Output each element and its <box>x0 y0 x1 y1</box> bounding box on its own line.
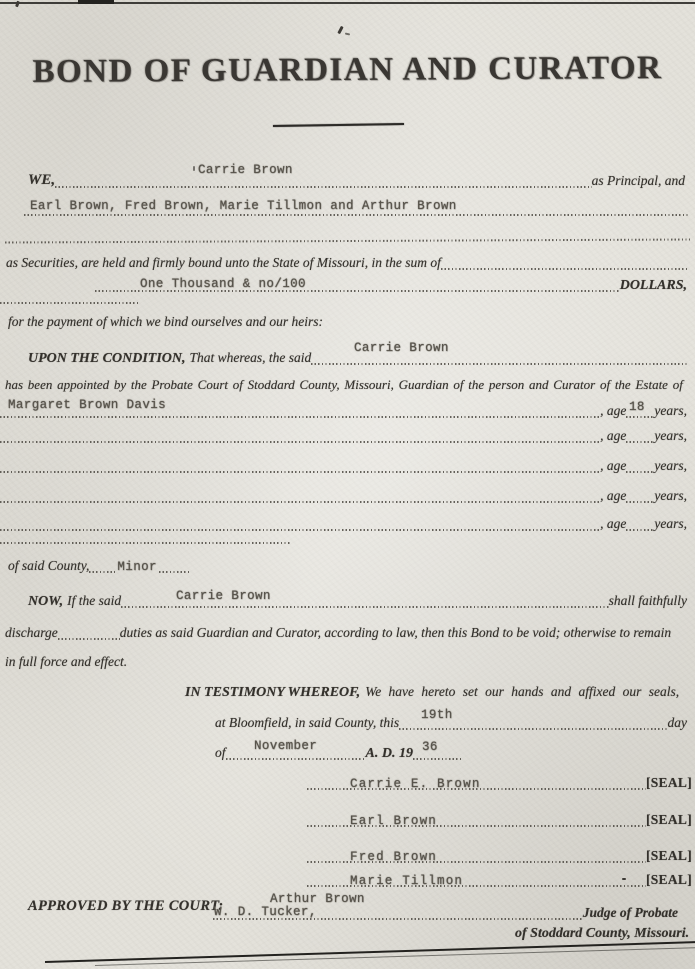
age-label: , age <box>600 458 626 475</box>
testimony-lead: IN TESTIMONY WHEREOF, <box>185 684 360 702</box>
years-label: years, <box>654 488 687 505</box>
dotted-line <box>0 542 290 544</box>
dotted-line <box>0 416 600 418</box>
discharge-prefix: discharge <box>5 625 58 642</box>
scan-edge-top-thick <box>78 0 114 4</box>
judge-subtitle: of Stoddard County, Missouri. <box>515 925 689 943</box>
county-prefix: of said County, <box>8 558 89 575</box>
condition-row: UPON THE CONDITION, That whereas, the sa… <box>28 345 687 367</box>
dotted-line <box>159 571 189 573</box>
dotted-line <box>307 885 646 887</box>
place-row: at Bloomfield, in said County, this day <box>215 712 687 732</box>
testimony-rest: We have hereto set our hands and affixed… <box>365 684 679 701</box>
dotted-line <box>226 758 366 760</box>
dotted-line <box>95 290 620 292</box>
seal-label: [SEAL] <box>646 775 692 792</box>
age-label: , age <box>600 516 626 533</box>
discharge-rest: duties as said Guardian and Curator, acc… <box>120 625 690 642</box>
typed-witness-name: Arthur Brown <box>270 892 365 906</box>
dotted-line <box>307 788 646 790</box>
approved-by-court-label: APPROVED BY THE COURT: <box>28 897 224 915</box>
we-row: WE, as Principal, and <box>28 168 685 190</box>
amount-row: DOLLARS, <box>95 272 687 294</box>
sureties-underline-row <box>24 206 690 218</box>
ward-row: , age years, <box>0 400 687 420</box>
county-row: of said County, Minor <box>8 555 189 575</box>
years-label: years, <box>654 403 687 420</box>
dotted-line <box>311 363 687 365</box>
years-label: years, <box>654 516 687 533</box>
dotted-line <box>399 728 667 730</box>
dotted-line <box>626 529 654 531</box>
appointed-clause: has been appointed by the Probate Court … <box>5 377 694 393</box>
judge-title: Judge of Probate <box>583 905 678 922</box>
dotted-line <box>0 441 600 443</box>
dotted-line <box>626 471 654 473</box>
force-clause: in full force and effect. <box>5 654 127 671</box>
date-row: of A. D. 19 <box>215 742 463 762</box>
dotted-line <box>626 501 654 503</box>
dollars-label: DOLLARS, <box>620 277 687 295</box>
day-label: day <box>668 715 688 732</box>
dotted-line <box>55 186 592 188</box>
now-lead: NOW, <box>28 593 63 611</box>
now-suffix: shall faithfully <box>609 593 687 610</box>
dotted-line <box>89 571 115 573</box>
seal-label: [SEAL] <box>646 812 692 829</box>
seal-label: [SEAL] <box>646 848 692 865</box>
we-label: WE, <box>28 171 55 190</box>
amount-continuation-row <box>0 296 140 306</box>
dotted-line <box>413 758 463 760</box>
ink-speck <box>345 33 350 36</box>
dotted-line <box>121 606 608 608</box>
age-label: , age <box>600 428 626 445</box>
dotted-line <box>0 302 140 304</box>
dotted-line <box>5 239 690 244</box>
age-continuation-row <box>0 536 290 546</box>
payment-clause: for the payment of which we bind ourselv… <box>8 314 323 331</box>
page-title: BOND OF GUARDIAN AND CURATOR <box>0 50 695 91</box>
condition-rest: That whereas, the said <box>190 350 312 367</box>
blank-line-row <box>5 231 690 246</box>
dotted-line <box>626 416 654 418</box>
principal-caption: as Principal, and <box>592 173 685 190</box>
signature-row: [SEAL] <box>307 778 692 792</box>
dotted-line <box>307 861 646 863</box>
dotted-line <box>0 529 600 531</box>
now-rest: If the said <box>67 593 121 610</box>
condition-lead: UPON THE CONDITION, <box>28 350 186 368</box>
years-label: years, <box>654 458 687 475</box>
signature-row: [SEAL] <box>307 875 692 889</box>
now-row: NOW, If the said shall faithfully <box>28 590 687 610</box>
dotted-line <box>58 638 120 640</box>
dotted-line <box>213 918 583 920</box>
age-label: , age <box>600 403 626 420</box>
signature-row: [SEAL] <box>307 815 692 829</box>
ink-speck <box>15 1 20 8</box>
dotted-line <box>0 471 600 473</box>
age-row-empty: , age years, <box>0 513 687 533</box>
age-row-empty: , age years, <box>0 455 687 475</box>
scan-edge-bottom <box>45 941 695 963</box>
document-page: BOND OF GUARDIAN AND CURATOR Carrie Brow… <box>0 0 695 969</box>
age-label: , age <box>600 488 626 505</box>
signature-row: [SEAL] <box>307 851 692 865</box>
place-prefix: at Bloomfield, in said County, this <box>215 715 399 732</box>
typed-minor-status: Minor <box>117 560 157 574</box>
judge-signature-row: Judge of Probate <box>213 908 678 922</box>
bound-clause-text: as Securities, are held and firmly bound… <box>6 255 441 272</box>
ink-speck <box>337 26 343 34</box>
bound-clause-row: as Securities, are held and firmly bound… <box>6 252 689 272</box>
age-row-empty: , age years, <box>0 425 687 445</box>
dotted-line <box>626 441 654 443</box>
dotted-line <box>24 214 690 216</box>
ad-label: A. D. 19 <box>366 745 413 763</box>
age-row-empty: , age years, <box>0 485 687 505</box>
testimony-row: IN TESTIMONY WHEREOF, We have hereto set… <box>185 681 691 701</box>
years-label: years, <box>654 428 687 445</box>
discharge-row: discharge duties as said Guardian and Cu… <box>5 622 690 642</box>
title-rule <box>273 123 404 127</box>
dotted-line <box>307 825 646 827</box>
dotted-line <box>0 501 600 503</box>
of-label: of <box>215 745 226 762</box>
dotted-line <box>441 268 689 270</box>
seal-label: [SEAL] <box>646 872 692 889</box>
